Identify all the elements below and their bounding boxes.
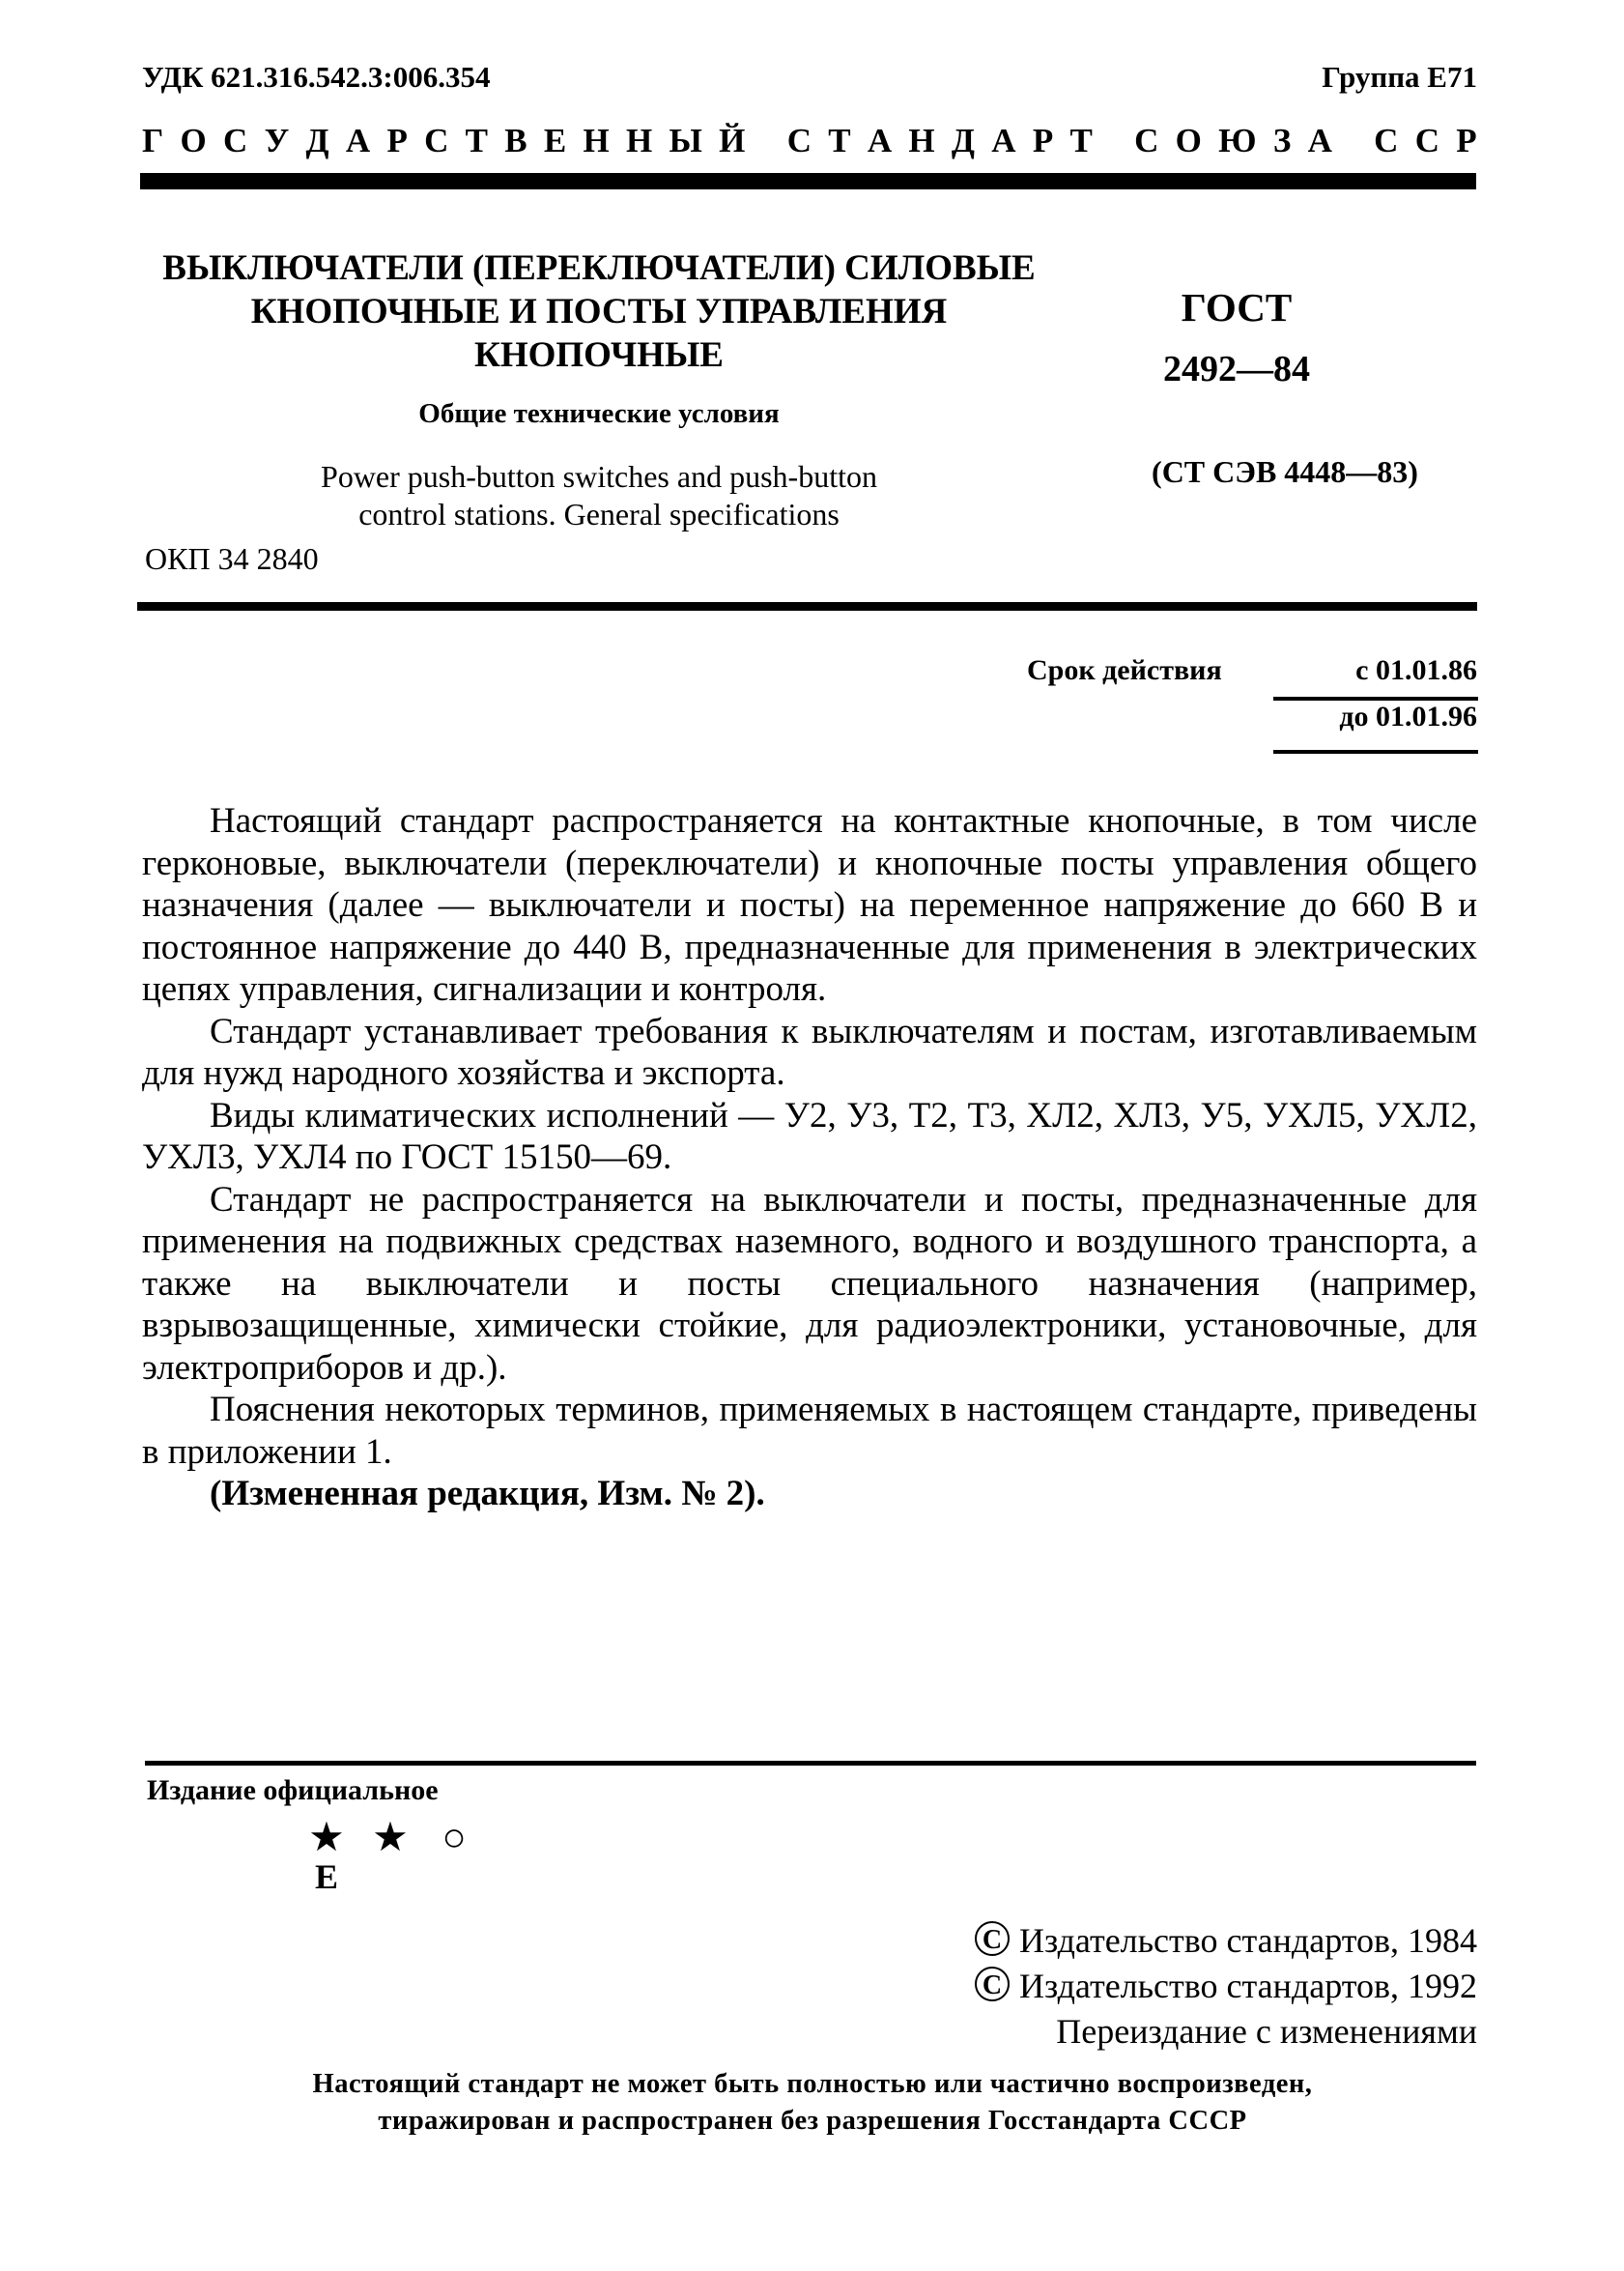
validity-from: с 01.01.86 — [1355, 654, 1477, 687]
footer-rule — [145, 1761, 1476, 1766]
copyright-block: CИздательство стандартов, 1984 CИздатель… — [975, 1918, 1477, 2055]
title-rule — [137, 602, 1477, 611]
paragraph: Пояснения некоторых терминов, применяемы… — [142, 1389, 1477, 1473]
notice-line: тиражирован и распространен без разрешен… — [147, 2103, 1478, 2140]
title-line: КНОПОЧНЫЕ И ПОСТЫ УПРАВЛЕНИЯ — [145, 290, 1053, 333]
edition-marks: ★★○ Е — [295, 1817, 486, 1898]
copyright-line: CИздательство стандартов, 1984 — [975, 1918, 1477, 1964]
english-title: Power push-button switches and push-butt… — [145, 458, 1053, 533]
group-code: Группа Е71 — [1322, 60, 1477, 95]
document-title: ВЫКЛЮЧАТЕЛИ (ПЕРЕКЛЮЧАТЕЛИ) СИЛОВЫЕ КНОП… — [145, 246, 1053, 377]
paragraph: Стандарт устанавливает требования к выкл… — [142, 1011, 1477, 1095]
copyright-text: Издательство стандартов, 1984 — [1019, 1921, 1477, 1960]
english-title-line: control stations. General specifications — [145, 496, 1053, 533]
paragraph: Виды климатических исполнений — У2, У3, … — [142, 1095, 1477, 1179]
edition-letter: Е — [295, 1855, 358, 1898]
title-line: ВЫКЛЮЧАТЕЛИ (ПЕРЕКЛЮЧАТЕЛИ) СИЛОВЫЕ — [145, 246, 1053, 290]
amendment-note: (Измененная редакция, Изм. № 2). — [142, 1473, 1477, 1515]
star-icon: ★ — [295, 1817, 358, 1859]
reproduction-notice: Настоящий стандарт не может быть полност… — [147, 2066, 1478, 2140]
copyright-line: CИздательство стандартов, 1992 — [975, 1964, 1477, 2009]
reissue-note: Переиздание с изменениями — [975, 2009, 1477, 2055]
gost-number: 2492—84 — [1121, 348, 1353, 390]
body-text: Настоящий стандарт распространяется на к… — [142, 800, 1477, 1515]
header-rule — [140, 173, 1476, 189]
st-sev-reference: (СТ СЭВ 4448—83) — [1101, 454, 1468, 490]
copyright-text: Издательство стандартов, 1992 — [1019, 1967, 1477, 2005]
udk-code: УДК 621.316.542.3:006.354 — [142, 60, 491, 95]
document-subtitle: Общие технические условия — [145, 398, 1053, 430]
official-edition-label: Издание официальное — [147, 1774, 439, 1807]
english-title-line: Power push-button switches and push-butt… — [145, 458, 1053, 496]
paragraph: Стандарт не распространяется на выключат… — [142, 1179, 1477, 1390]
circle-icon: ○ — [422, 1817, 486, 1859]
okp-code: ОКП 34 2840 — [145, 541, 319, 577]
star-icon: ★ — [358, 1817, 422, 1859]
title-line: КНОПОЧНЫЕ — [145, 333, 1053, 377]
paragraph: Настоящий стандарт распространяется на к… — [142, 800, 1477, 1011]
copyright-icon: C — [975, 1967, 1010, 2001]
validity-to: до 01.01.96 — [1339, 701, 1477, 733]
notice-line: Настоящий стандарт не может быть полност… — [147, 2066, 1478, 2103]
state-standard-heading: ГОСУДАРСТВЕННЫЙ СТАНДАРТ СОЮЗА ССР — [142, 122, 1477, 160]
gost-label: ГОСТ — [1121, 284, 1353, 331]
validity-label: Срок действия — [1027, 654, 1222, 687]
validity-to-underline — [1273, 750, 1478, 754]
copyright-icon: C — [975, 1921, 1010, 1956]
